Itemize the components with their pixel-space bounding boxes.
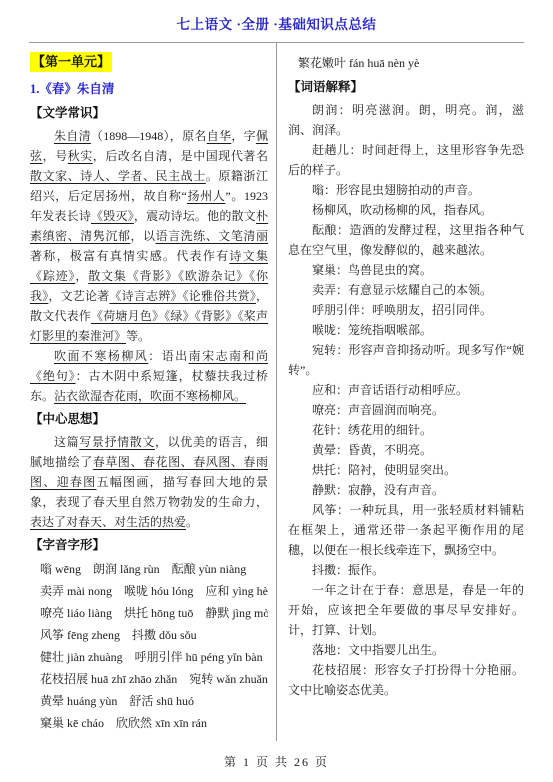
text-segment: 这篇 [54,435,79,449]
section-heading-literary: 【文学常识】 [30,103,268,123]
glossary-entry: 呼朋引伴：呼唤朋友，招引同伴。 [288,300,524,320]
pinyin-line: 窠巢 kē cháo 欣欣然 xīn xīn rán [30,712,268,734]
pinyin-line: 嗡 wēng 朗润 lǎng rùn 酝酿 yùn niàng [30,558,268,580]
glossary-entry: 抖擞：振作。 [288,560,524,580]
glossary-entry: 静默：寂静，没有声音。 [288,480,524,500]
literary-paragraph: 朱自清（1898—1948），原名自华，字佩弦，号秋实，后改名自清，是中国现代著… [30,126,268,346]
pinyin-line: 花枝招展 huā zhī zhāo zhǎn 宛转 wǎn zhuǎn [30,668,268,690]
text-segment: ：语出 [148,349,188,363]
text-segment: ， [75,269,88,283]
glossary-entry: 卖弄：有意显示炫耀自己的本领。 [288,280,524,300]
glossary-entry: 赶趟儿：时间赶得上，这里形容争先恐后的样子。 [288,140,524,180]
text-segment: ，文艺论著 [48,289,109,303]
page-footer: 第 1 页 共 26 页 [0,753,553,770]
quote-paragraph: 吹面不寒杨柳风：语出南宋志南和尚《绝句》：古木阴中系短篷，杖藜扶我过桥东。沾衣欲… [30,346,268,406]
text-segment: 沾衣欲湿杏花雨，吹面不寒杨柳风。 [54,389,246,403]
glossary-entry: 落地：文中指婴儿出生。 [288,640,524,660]
text-segment: ，号 [43,149,68,163]
text-segment: ，后改名自清，是中国现代著名 [93,149,268,163]
right-column: 繁花嫩叶 fán huā nèn yè 【词语解释】 朗润：明亮滋润。朗，明亮。… [277,43,524,741]
text-segment: 《诗言志辨》《论雅俗共赏》 [109,289,256,303]
glossary-entry: 喉咙：笼统指咽喉部。 [288,320,524,340]
text-segment: 《毁灭》 [91,209,134,223]
glossary-list: 朗润：明亮滋润。朗，明亮。润，滋润、润泽。赶趟儿：时间赶得上，这里形容争先恐后的… [288,100,524,700]
document-page: 七上语文 ·全册 ·基础知识点总结 【第一单元】 1.《春》朱自清 【文学常识】… [0,0,553,782]
glossary-entry: 黄晕：昏黄，不明亮。 [288,440,524,460]
text-segment: 写景抒情散文 [79,435,155,449]
text-segment: ，震动诗坛。他的散文 [134,209,256,223]
text-segment: 语言洗练、文笔清丽 [156,229,268,243]
text-segment: ，以 [130,229,155,243]
glossary-entry: 杨柳风，吹动杨柳的风，指春风。 [288,200,524,220]
text-segment: 自华 [207,129,232,143]
pinyin-line: 嘹亮 liáo liàng 烘托 hōng tuō 静默 jìng mò [30,602,268,624]
pinyin-list: 嗡 wēng 朗润 lǎng rùn 酝酿 yùn niàng卖弄 mài no… [30,558,268,734]
glossary-entry: 酝酿：造酒的发酵过程，这里指各种气息在空气里，像发酵似的，越来越浓。 [288,220,524,260]
text-segment: 表达了对春天、对生活的热爱 [30,515,186,529]
glossary-entry: 烘托：陪衬，使明显突出。 [288,460,524,480]
text-segment: 秋实 [68,149,93,163]
glossary-entry: 窠巢：鸟兽昆虫的窝。 [288,260,524,280]
section-heading-glossary: 【词语解释】 [288,77,524,97]
text-segment: 。 [186,515,198,529]
pinyin-line: 黄晕 huáng yùn 舒活 shū huó [30,690,268,712]
glossary-entry: 应和：声音话语行动相呼应。 [288,380,524,400]
page-title: 七上语文 ·全册 ·基础知识点总结 [0,0,553,33]
glossary-entry: 花针：绣花用的细针。 [288,420,524,440]
text-segment: 著称，极富有真情实感。代表作有 [30,249,229,263]
glossary-entry: 一年之计在于春：意思是，春是一年的开始，应该把全年要做的事尽早安排好。计，打算、… [288,580,524,640]
text-segment: ，字 [231,129,256,143]
glossary-entry: 花枝招展：形容女子打扮得十分艳丽。文中比喻姿态优美。 [288,660,524,700]
pinyin-line: 风筝 fēng zheng 抖擞 dǒu sǒu [30,624,268,646]
lesson-title: 1.《春》朱自清 [30,79,268,99]
theme-paragraph: 这篇写景抒情散文，以优美的语言，细腻地描绘了春草图、春花图、春风图、春雨图、迎春… [30,432,268,532]
pinyin-line: 健壮 jiàn zhuàng 呼朋引伴 hū péng yǐn bàn [30,646,268,668]
pinyin-line-overflow: 繁花嫩叶 fán huā nèn yè [288,52,524,74]
glossary-entry: 宛转：形容声音抑扬动听。现多写作“婉转”。 [288,340,524,380]
text-segment: 扬州人 [187,189,226,203]
glossary-entry: 风筝：一种玩具，用一张轻质材料铺粘在框架上，通常还带一条起平衡作用的尾穗，以便在… [288,500,524,560]
pinyin-line: 卖弄 mài nong 喉咙 hóu lóng 应和 yìng hè [30,580,268,602]
text-segment: （1898—1948），原名 [91,129,207,143]
text-segment: 朱自清 [54,129,91,143]
unit-badge: 【第一单元】 [30,52,112,72]
text-segment: 等。 [126,329,150,343]
text-segment: 吹面不寒杨柳风 [54,349,148,363]
glossary-entry: 嘹亮：声音圆润而响亮。 [288,400,524,420]
section-heading-theme: 【中心思想】 [30,409,268,429]
section-heading-phonetics: 【字音字形】 [30,535,268,555]
text-segment: 散文家、诗人、学者、民主战士 [30,169,206,183]
left-column: 【第一单元】 1.《春》朱自清 【文学常识】 朱自清（1898—1948），原名… [29,43,277,741]
glossary-entry: 嗡：形容昆虫翅膀拍动的声音。 [288,180,524,200]
two-column-layout: 【第一单元】 1.《春》朱自清 【文学常识】 朱自清（1898—1948），原名… [29,43,524,741]
glossary-entry: 朗润：明亮滋润。朗，明亮。润，滋润、润泽。 [288,100,524,140]
